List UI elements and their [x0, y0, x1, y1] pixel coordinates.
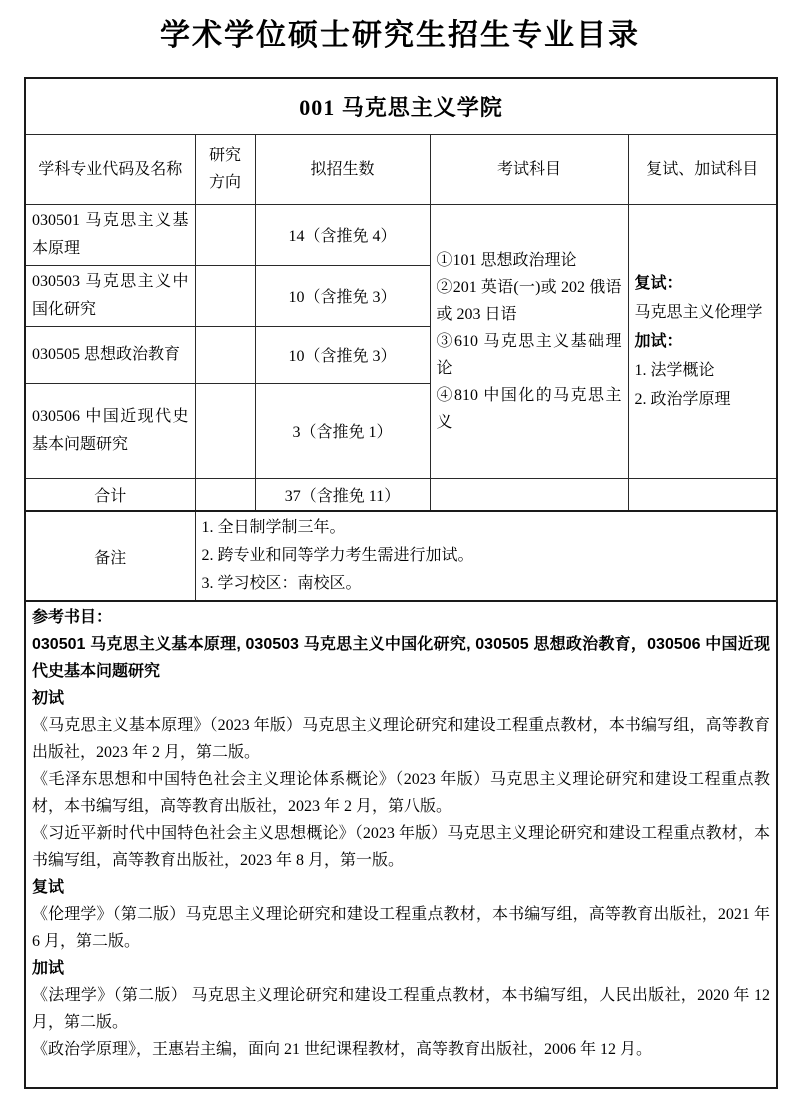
program-code-name: 030503 马克思主义中国化研究	[25, 265, 195, 326]
references-content: 参考书目： 030501 马克思主义基本原理, 030503 马克思主义中国化研…	[25, 601, 777, 1088]
reference-book: 《习近平新时代中国特色社会主义思想概论》（2023 年版）马克思主义理论研究和建…	[32, 820, 770, 874]
reference-book: 《马克思主义基本原理》（2023 年版）马克思主义理论研究和建设工程重点教材，本…	[32, 712, 770, 766]
col-header-code-name: 学科专业代码及名称	[25, 134, 195, 204]
reference-book: 《毛泽东思想和中国特色社会主义理论体系概论》（2023 年版）马克思主义理论研究…	[32, 766, 770, 820]
total-retest-empty	[628, 478, 777, 511]
program-code-name: 030506 中国近现代史基本问题研究	[25, 383, 195, 478]
reference-book: 《政治学原理》，王惠岩主编，面向 21 世纪课程教材，高等教育出版社，2006 …	[32, 1036, 770, 1063]
program-quota: 3（含推免 1）	[255, 383, 430, 478]
program-quota: 10（含推免 3）	[255, 265, 430, 326]
references-program-list: 030501 马克思主义基本原理, 030503 马克思主义中国化研究, 030…	[32, 631, 770, 685]
program-quota: 10（含推免 3）	[255, 326, 430, 383]
retest-label: 复试：	[635, 269, 771, 298]
ref-section-label-first-exam: 初试	[32, 685, 770, 712]
program-direction	[195, 326, 255, 383]
program-direction	[195, 204, 255, 265]
retest-subjects-cell: 复试： 马克思主义伦理学 加试： 1. 法学概论 2. 政治学原理	[628, 204, 777, 478]
exam-subject: ④810 中国化的马克思主义	[437, 382, 622, 436]
remarks-label: 备注	[25, 511, 195, 601]
remarks-row: 备注 1. 全日制学制三年。 2. 跨专业和同等学力考生需进行加试。 3. 学习…	[25, 511, 777, 601]
reference-book: 《法理学》（第二版） 马克思主义理论研究和建设工程重点教材，本书编写组，人民出版…	[32, 982, 770, 1036]
college-header: 001 马克思主义学院	[25, 78, 777, 134]
additional-test-subject: 2. 政治学原理	[635, 385, 771, 414]
page-title: 学术学位硕士研究生招生专业目录	[0, 14, 800, 58]
exam-subject: ②201 英语(一)或 202 俄语 或 203 日语	[437, 274, 622, 328]
remark-item: 1. 全日制学制三年。	[202, 514, 771, 542]
exam-subject: ③610 马克思主义基础理论	[437, 328, 622, 382]
col-header-retest-subjects: 复试、加试科目	[628, 134, 777, 204]
program-code-name: 030501 马克思主义基本原理	[25, 204, 195, 265]
exam-subjects-cell: ①101 思想政治理论 ②201 英语(一)或 202 俄语 或 203 日语 …	[430, 204, 628, 478]
admissions-table: 001 马克思主义学院 学科专业代码及名称 研究方向 拟招生数 考试科目 复试、…	[24, 77, 778, 1089]
exam-subject: ①101 思想政治理论	[437, 247, 622, 274]
additional-test-subject: 1. 法学概论	[635, 356, 771, 385]
program-row: 030501 马克思主义基本原理 14（含推免 4） ①101 思想政治理论 ②…	[25, 204, 777, 265]
ref-section-label-retest: 复试	[32, 874, 770, 901]
col-header-quota: 拟招生数	[255, 134, 430, 204]
additional-test-label: 加试：	[635, 327, 771, 356]
ref-section-label-additional: 加试	[32, 955, 770, 982]
remark-item: 2. 跨专业和同等学力考生需进行加试。	[202, 542, 771, 570]
program-quota: 14（含推免 4）	[255, 204, 430, 265]
reference-book: 《伦理学》（第二版）马克思主义理论研究和建设工程重点教材，本书编写组，高等教育出…	[32, 901, 770, 955]
total-row: 合计 37（含推免 11）	[25, 478, 777, 511]
col-header-direction: 研究方向	[195, 134, 255, 204]
program-direction	[195, 383, 255, 478]
retest-subject: 马克思主义伦理学	[635, 298, 771, 327]
remarks-content: 1. 全日制学制三年。 2. 跨专业和同等学力考生需进行加试。 3. 学习校区：…	[195, 511, 777, 601]
total-quota: 37（含推免 11）	[255, 478, 430, 511]
column-header-row: 学科专业代码及名称 研究方向 拟招生数 考试科目 复试、加试科目	[25, 134, 777, 204]
references-heading: 参考书目：	[32, 604, 770, 631]
remark-item: 3. 学习校区：南校区。	[202, 570, 771, 598]
total-exam-empty	[430, 478, 628, 511]
program-direction	[195, 265, 255, 326]
program-code-name: 030505 思想政治教育	[25, 326, 195, 383]
college-header-row: 001 马克思主义学院	[25, 78, 777, 134]
total-label: 合计	[25, 478, 195, 511]
col-header-exam-subjects: 考试科目	[430, 134, 628, 204]
references-row: 参考书目： 030501 马克思主义基本原理, 030503 马克思主义中国化研…	[25, 601, 777, 1088]
document-page: 学术学位硕士研究生招生专业目录 001 马克思主义学院 学科专业代码及名称 研究…	[0, 0, 800, 1096]
total-direction-empty	[195, 478, 255, 511]
